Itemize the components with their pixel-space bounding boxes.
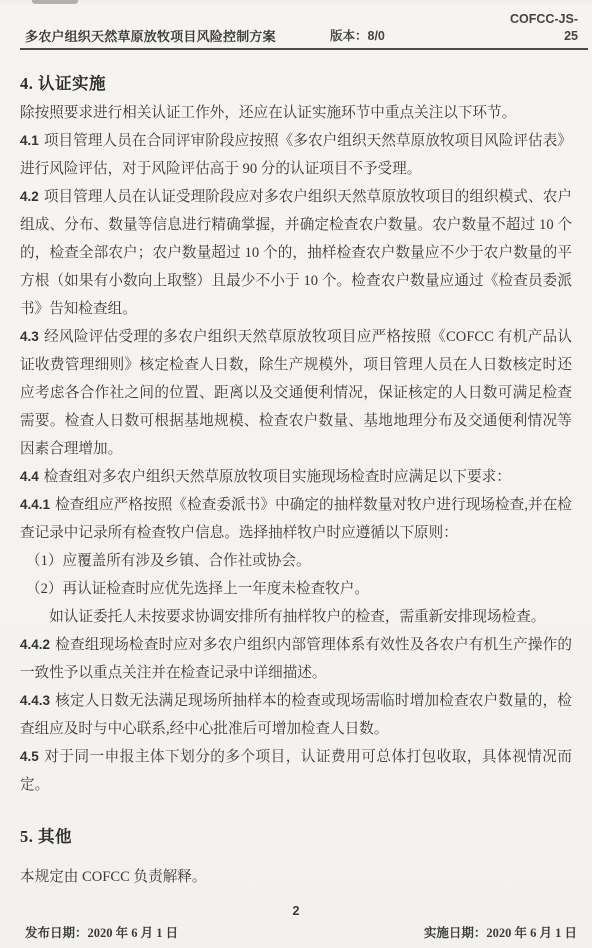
section-5-heading: 5. 其他 (20, 823, 572, 847)
clause-number: 4.4.3 (20, 693, 50, 708)
clause-text: 项目管理人员在认证受理阶段应对多农户组织天然草原放牧项目的组织模式、农户组成、分… (20, 189, 572, 317)
clause-text: 对于同一申报主体下划分的多个项目，认证费用可总体打包收取，具体视情况而定。 (20, 749, 572, 793)
clause-4-4: 4.4检查组对多农户组织天然草原放牧项目实施现场检查时应满足以下要求： (20, 463, 572, 491)
header-divider (20, 48, 588, 50)
section-4-intro: 除按照要求进行相关认证工作外，还应在认证实施环节中重点关注以下环节。 (20, 99, 572, 127)
clause-text: （1）应覆盖所有涉及乡镇、合作社或协会。 (26, 553, 311, 569)
clause-text: 如认证委托人未按要求协调安排所有抽样牧户的检查，需重新安排现场检查。 (49, 609, 545, 625)
page-number: 2 (0, 904, 592, 918)
clause-text: （2）再认证检查时应优先选择上一年度未检查牧户。 (26, 581, 369, 597)
section-4-heading: 4. 认证实施 (20, 70, 572, 94)
clause-text: 检查组应严格按照《检查委派书》中确定的抽样数量对牧户进行现场检查,并在检查记录中… (20, 497, 572, 541)
scan-artifact (32, 0, 78, 4)
clause-text: 经风险评估受理的多农户组织天然草原放牧项目应严格按照《COFCC 有机产品认证收… (20, 329, 572, 457)
footer: 发布日期：2020 年 6 月 1 日 实施日期：2020 年 6 月 1 日 (25, 923, 577, 941)
clause-text: 除按照要求进行相关认证工作外，还应在认证实施环节中重点关注以下环节。 (20, 105, 516, 121)
list-item-2: （2）再认证检查时应优先选择上一年度未检查牧户。 (20, 575, 572, 603)
clause-text: 项目管理人员在合同评审阶段应按照《多农户组织天然草原放牧项目风险评估表》进行风险… (20, 133, 572, 177)
clause-4-3: 4.3经风险评估受理的多农户组织天然草原放牧项目应严格按照《COFCC 有机产品… (20, 323, 572, 463)
publish-date: 发布日期：2020 年 6 月 1 日 (25, 923, 178, 941)
document-code: COFCC-JS-25 (498, 11, 578, 45)
clause-4-4-3: 4.4.3核定人日数无法满足现场所抽样本的检查或现场需临时增加检查农户数量的，检… (20, 687, 572, 743)
clause-text: 检查组现场检查时应对多农户组织内部管理体系有效性及各农户有机生产操作的一致性予以… (20, 637, 572, 681)
clause-text: 检查组对多农户组织天然草原放牧项目实施现场检查时应满足以下要求： (44, 469, 511, 485)
clause-number: 4.4.1 (20, 497, 50, 512)
list-item-1: （1）应覆盖所有涉及乡镇、合作社或协会。 (20, 547, 572, 575)
section-5-body: 本规定由 COFCC 负责解释。 (20, 863, 572, 891)
clause-number: 4.4.2 (20, 637, 50, 652)
clause-text: 核定人日数无法满足现场所抽样本的检查或现场需临时增加检查农户数量的，检查组应及时… (20, 693, 572, 737)
clause-number: 4.5 (20, 749, 39, 764)
version-label: 版本：8/0 (330, 28, 498, 45)
implement-date: 实施日期：2020 年 6 月 1 日 (424, 923, 577, 941)
document-body: 4. 认证实施 除按照要求进行相关认证工作外，还应在认证实施环节中重点关注以下环… (0, 70, 592, 891)
clause-number: 4.4 (20, 469, 39, 484)
document-page: 多农户组织天然草原放牧项目风险控制方案 版本：8/0 COFCC-JS-25 4… (0, 0, 592, 948)
clause-4-5: 4.5对于同一申报主体下划分的多个项目，认证费用可总体打包收取，具体视情况而定。 (20, 743, 572, 799)
clause-number: 4.2 (20, 189, 39, 204)
clause-4-4-2: 4.4.2检查组现场检查时应对多农户组织内部管理体系有效性及各农户有机生产操作的… (20, 631, 572, 687)
clause-4-2: 4.2项目管理人员在认证受理阶段应对多农户组织天然草原放牧项目的组织模式、农户组… (20, 183, 572, 323)
clause-4-4-1-note: 如认证委托人未按要求协调安排所有抽样牧户的检查，需重新安排现场检查。 (20, 603, 572, 631)
document-header: 多农户组织天然草原放牧项目风险控制方案 版本：8/0 COFCC-JS-25 (0, 0, 592, 45)
clause-number: 4.1 (20, 133, 39, 148)
clause-number: 4.3 (20, 329, 39, 344)
document-title: 多农户组织天然草原放牧项目风险控制方案 (25, 28, 330, 45)
clause-4-1: 4.1项目管理人员在合同评审阶段应按照《多农户组织天然草原放牧项目风险评估表》进… (20, 127, 572, 183)
clause-4-4-1: 4.4.1检查组应严格按照《检查委派书》中确定的抽样数量对牧户进行现场检查,并在… (20, 491, 572, 547)
